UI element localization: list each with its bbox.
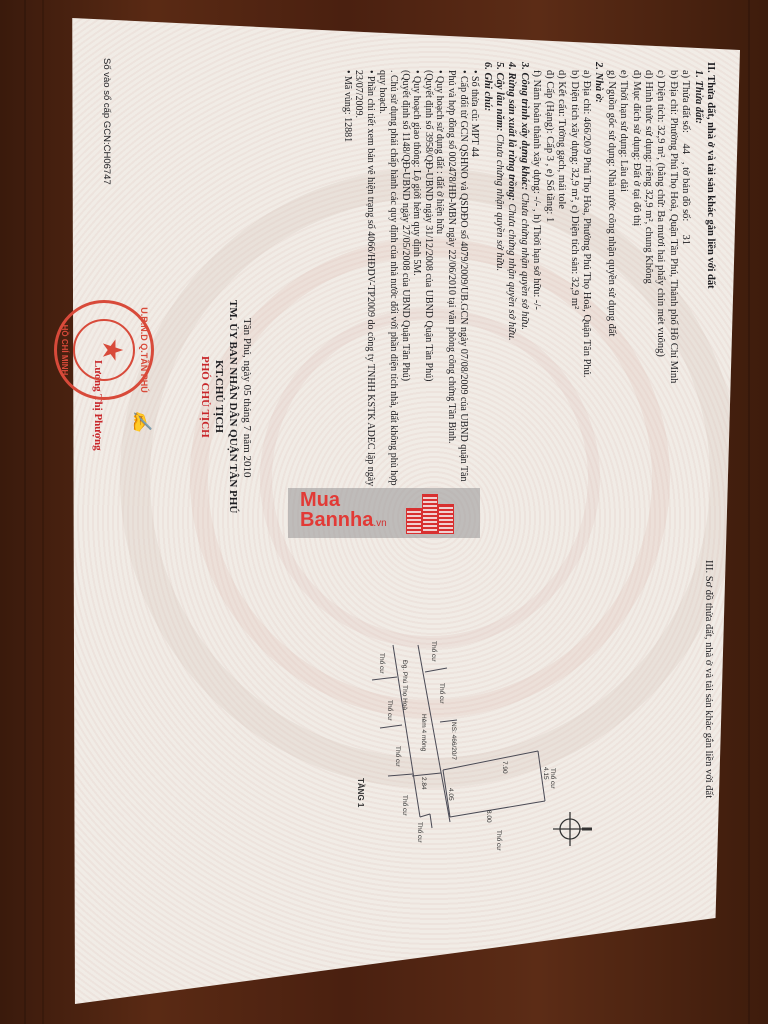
compass-icon (553, 812, 592, 846)
svg-text:4.05: 4.05 (447, 788, 454, 801)
svg-text:Thổ cư: Thổ cư (430, 641, 438, 662)
svg-text:Đg. Phú Thọ Hoà: Đg. Phú Thọ Hoà (401, 660, 408, 710)
svg-text:NS: 466/20/7: NS: 466/20/7 (450, 722, 457, 760)
svg-text:Thổ cư: Thổ cư (416, 822, 424, 843)
svg-text:7.90: 7.90 (501, 761, 508, 774)
svg-text:4.15: 4.15 (542, 767, 549, 780)
svg-text:Hẻm 4 mông: Hẻm 4 mông (420, 714, 427, 752)
svg-text:2.84: 2.84 (420, 777, 427, 790)
svg-text:Thổ cư: Thổ cư (495, 830, 503, 851)
svg-text:Thổ cư: Thổ cư (401, 795, 409, 816)
svg-text:Thổ cư: Thổ cư (394, 746, 402, 767)
svg-text:Thổ cư: Thổ cư (386, 700, 394, 721)
svg-text:8.00: 8.00 (485, 810, 492, 823)
svg-text:TẦNG 1: TẦNG 1 (356, 778, 366, 808)
svg-text:Thổ cư: Thổ cư (549, 768, 557, 789)
svg-text:Thổ cư: Thổ cư (438, 683, 446, 704)
svg-text:Thổ cư: Thổ cư (378, 653, 386, 674)
parcel-sketch: TẦNG 1 Đg. Phú Thọ Hoà Hẻm 4 mông NS: 46… (0, 0, 768, 1024)
